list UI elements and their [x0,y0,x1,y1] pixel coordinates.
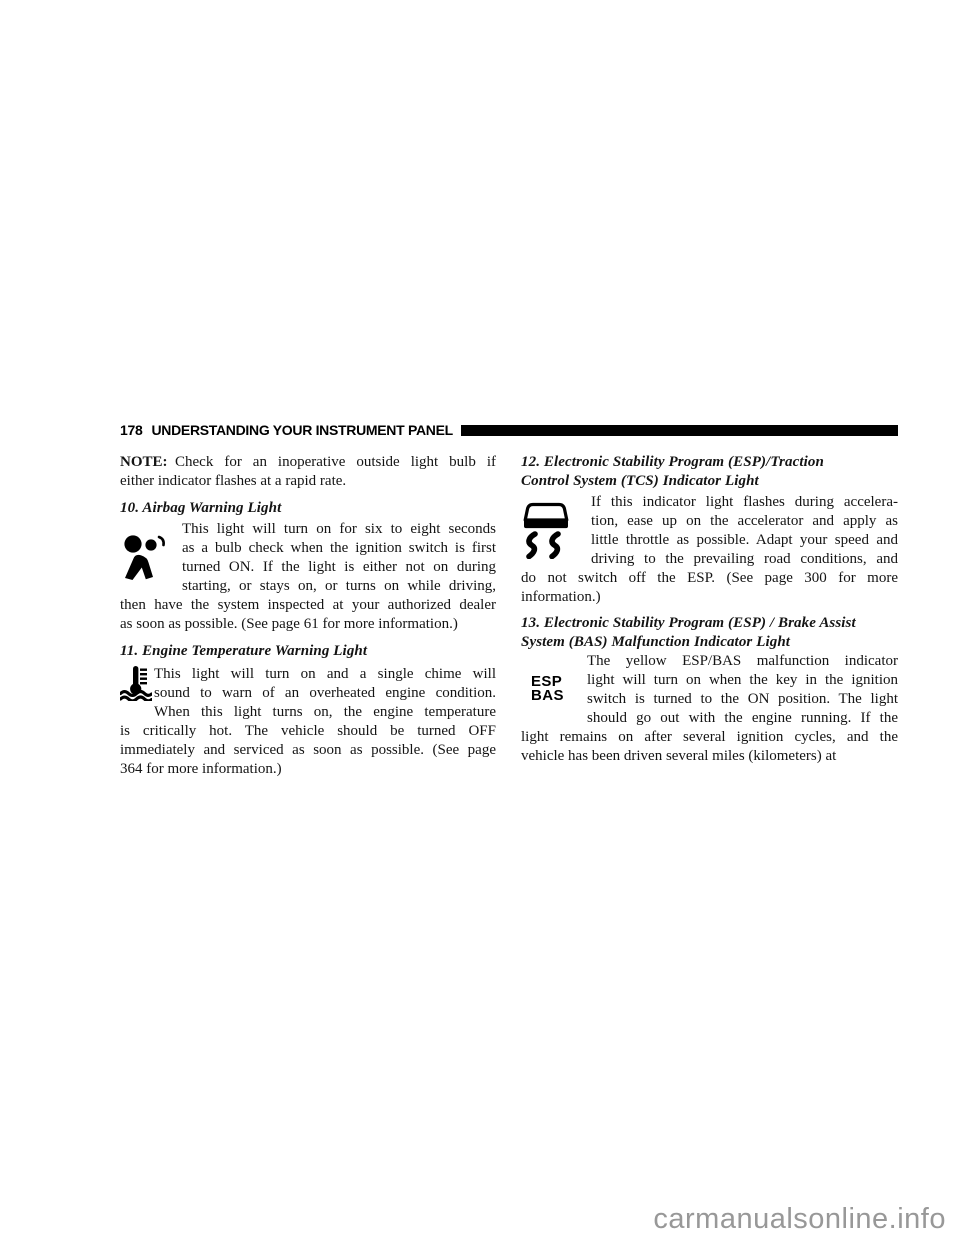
text-line: either indicator flashes at a rapid rate… [120,472,496,491]
airbag-warning-icon [120,520,182,594]
esp-tcs-car-skid-icon [521,493,591,567]
section-11-paragraph-2: When this light turns on, the engine tem… [120,703,496,779]
text-line: NOTE: Check for an inoperative outside l… [120,453,496,472]
section-12-paragraph: If this indicator light flashes during a… [521,493,898,607]
page-number: 178 [120,422,142,438]
text-line: sound to warn of an overheated engine co… [120,684,496,703]
text-line: 364 for more information.) [120,760,496,779]
text-line: information.) [521,588,898,607]
left-column: NOTE: Check for an inoperative outside l… [120,453,496,779]
text-line: do not switch off the ESP. (See page 300… [521,569,898,588]
manual-page: 178 UNDERSTANDING YOUR INSTRUMENT PANEL … [0,0,960,1242]
section-12-heading: 12. Electronic Stability Program (ESP)/T… [521,453,898,491]
watermark-text: carmanualsonline.info [653,1203,946,1236]
esp-bas-indicator-icon: ESP BAS [521,652,587,726]
right-column: 12. Electronic Stability Program (ESP)/T… [521,453,898,766]
text-line: When this light turns on, the engine tem… [120,703,496,722]
header-rule-bar [461,425,898,436]
section-11-paragraph-1: This light will turn on and a single chi… [120,665,496,703]
page-header-title: UNDERSTANDING YOUR INSTRUMENT PANEL [151,422,452,438]
text-line: light remains on after several ignition … [521,728,898,747]
page-header: 178 UNDERSTANDING YOUR INSTRUMENT PANEL [120,420,898,440]
text-line: immediately and serviced as soon as poss… [120,741,496,760]
section-11-heading: 11. Engine Temperature Warning Light [120,642,496,661]
text-line: then have the system inspected at your a… [120,596,496,615]
section-13-heading: 13. Electronic Stability Program (ESP) /… [521,614,898,652]
text-line: is critically hot. The vehicle should be… [120,722,496,741]
section-10-paragraph: This light will turn on for six to eight… [120,520,496,634]
note-paragraph: NOTE: Check for an inoperative outside l… [120,453,496,491]
engine-temperature-icon [120,665,154,701]
section-13-paragraph: ESP BAS The yellow ESP/BAS malfunction i… [521,652,898,766]
text-line: This light will turn on and a single chi… [120,665,496,684]
text-line: as soon as possible. (See page 61 for mo… [120,615,496,634]
section-10-heading: 10. Airbag Warning Light [120,499,496,518]
text-line: vehicle has been driven several miles (k… [521,747,898,766]
